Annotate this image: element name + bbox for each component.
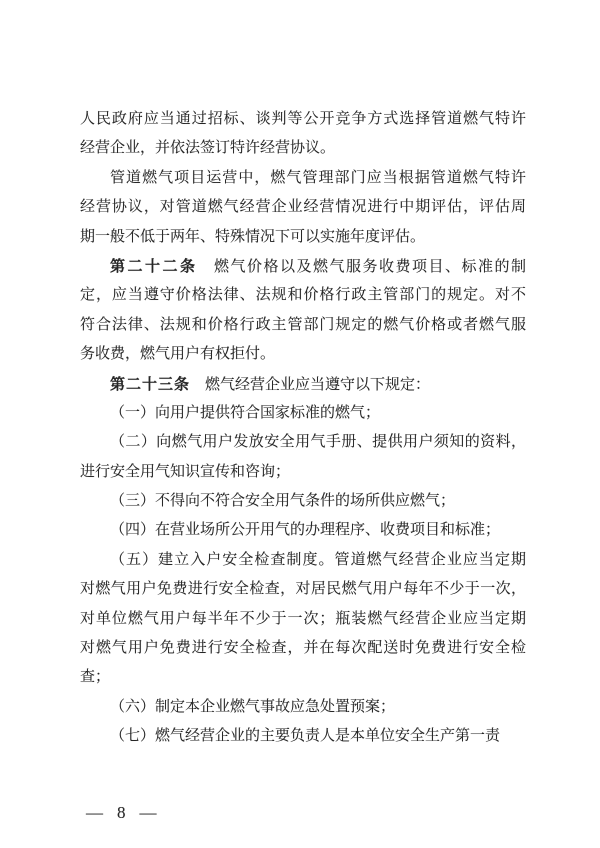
text-segment: （三）不得向不符合安全用气条件的场所供应燃气； bbox=[110, 493, 455, 509]
text-line: （五）建立入户安全检查制度。管道燃气经营企业应当定期 bbox=[80, 546, 526, 575]
text-segment: （五）建立入户安全检查制度。管道燃气经营企业应当定期 bbox=[110, 552, 526, 568]
text-line: 查； bbox=[80, 663, 526, 692]
text-segment: 经营协议，对管道燃气经营企业经营情况进行中期评估，评估周 bbox=[80, 199, 526, 215]
text-line: 第二十二条 燃气价格以及燃气服务收费项目、标准的制 bbox=[80, 252, 526, 281]
text-line: 第二十三条 燃气经营企业应当遵守以下规定： bbox=[80, 370, 526, 399]
text-segment: 对燃气用户免费进行安全检查，对居民燃气用户每年不少于一次， bbox=[80, 581, 526, 597]
document-body: 人民政府应当通过招标、谈判等公开竞争方式选择管道燃气特许经营企业，并依法签订特许… bbox=[80, 105, 526, 752]
text-line: 符合法律、法规和价格行政主管部门规定的燃气价格或者燃气服 bbox=[80, 311, 526, 340]
text-segment: （四）在营业场所公开用气的办理程序、收费项目和标准； bbox=[110, 522, 500, 538]
text-line: 定，应当遵守价格法律、法规和价格行政主管部门的规定。对不 bbox=[80, 281, 526, 310]
text-line: 进行安全用气知识宣传和咨询； bbox=[80, 458, 526, 487]
text-line: （二）向燃气用户发放安全用气手册、提供用户须知的资料， bbox=[80, 428, 526, 457]
text-segment: 燃气经营企业应当遵守以下规定： bbox=[190, 377, 430, 393]
text-segment: 务收费，燃气用户有权拒付。 bbox=[80, 346, 275, 362]
footer-left-dash: — bbox=[86, 803, 103, 823]
text-segment: 定，应当遵守价格法律、法规和价格行政主管部门的规定。对不 bbox=[80, 287, 526, 303]
page-number: 8 bbox=[117, 803, 126, 823]
text-line: 人民政府应当通过招标、谈判等公开竞争方式选择管道燃气特许 bbox=[80, 105, 526, 134]
article-number: 第二十三条 bbox=[110, 376, 190, 393]
text-line: 务收费，燃气用户有权拒付。 bbox=[80, 340, 526, 369]
text-line: 期一般不低于两年、特殊情况下可以实施年度评估。 bbox=[80, 223, 526, 252]
article-number: 第二十二条 bbox=[110, 258, 198, 275]
text-segment: 经营企业，并依法签订特许经营协议。 bbox=[80, 140, 335, 156]
text-line: 经营协议，对管道燃气经营企业经营情况进行中期评估，评估周 bbox=[80, 193, 526, 222]
text-segment: 期一般不低于两年、特殊情况下可以实施年度评估。 bbox=[80, 229, 425, 245]
text-segment: 进行安全用气知识宣传和咨询； bbox=[80, 464, 290, 480]
footer-right-dash: — bbox=[140, 803, 157, 823]
text-segment: 对燃气用户免费进行安全检查，并在每次配送时免费进行安全检 bbox=[80, 640, 526, 656]
text-line: 管道燃气项目运营中，燃气管理部门应当根据管道燃气特许 bbox=[80, 164, 526, 193]
text-segment: 查； bbox=[80, 669, 110, 685]
text-segment: 符合法律、法规和价格行政主管部门规定的燃气价格或者燃气服 bbox=[80, 317, 526, 333]
text-segment: （二）向燃气用户发放安全用气手册、提供用户须知的资料， bbox=[110, 434, 526, 450]
text-line: 经营企业，并依法签订特许经营协议。 bbox=[80, 134, 526, 163]
text-segment: （七）燃气经营企业的主要负责人是本单位安全生产第一责 bbox=[110, 728, 500, 744]
text-line: 对燃气用户免费进行安全检查，对居民燃气用户每年不少于一次， bbox=[80, 575, 526, 604]
document-page: 人民政府应当通过招标、谈判等公开竞争方式选择管道燃气特许经营企业，并依法签订特许… bbox=[0, 0, 600, 848]
text-line: （一）向用户提供符合国家标准的燃气； bbox=[80, 399, 526, 428]
text-line: （三）不得向不符合安全用气条件的场所供应燃气； bbox=[80, 487, 526, 516]
text-segment: （一）向用户提供符合国家标准的燃气； bbox=[110, 405, 380, 421]
text-segment: 管道燃气项目运营中，燃气管理部门应当根据管道燃气特许 bbox=[110, 170, 526, 186]
text-line: （六）制定本企业燃气事故应急处置预案； bbox=[80, 693, 526, 722]
text-line: （七）燃气经营企业的主要负责人是本单位安全生产第一责 bbox=[80, 722, 526, 751]
text-line: 对单位燃气用户每半年不少于一次；瓶装燃气经营企业应当定期 bbox=[80, 605, 526, 634]
text-line: （四）在营业场所公开用气的办理程序、收费项目和标准； bbox=[80, 516, 526, 545]
text-segment: 对单位燃气用户每半年不少于一次；瓶装燃气经营企业应当定期 bbox=[80, 611, 526, 627]
text-segment: 人民政府应当通过招标、谈判等公开竞争方式选择管道燃气特许 bbox=[80, 111, 526, 127]
text-line: 对燃气用户免费进行安全检查，并在每次配送时免费进行安全检 bbox=[80, 634, 526, 663]
page-footer: — 8 — bbox=[86, 803, 157, 823]
text-segment: （六）制定本企业燃气事故应急处置预案； bbox=[110, 699, 395, 715]
text-segment: 燃气价格以及燃气服务收费项目、标准的制 bbox=[198, 259, 526, 275]
